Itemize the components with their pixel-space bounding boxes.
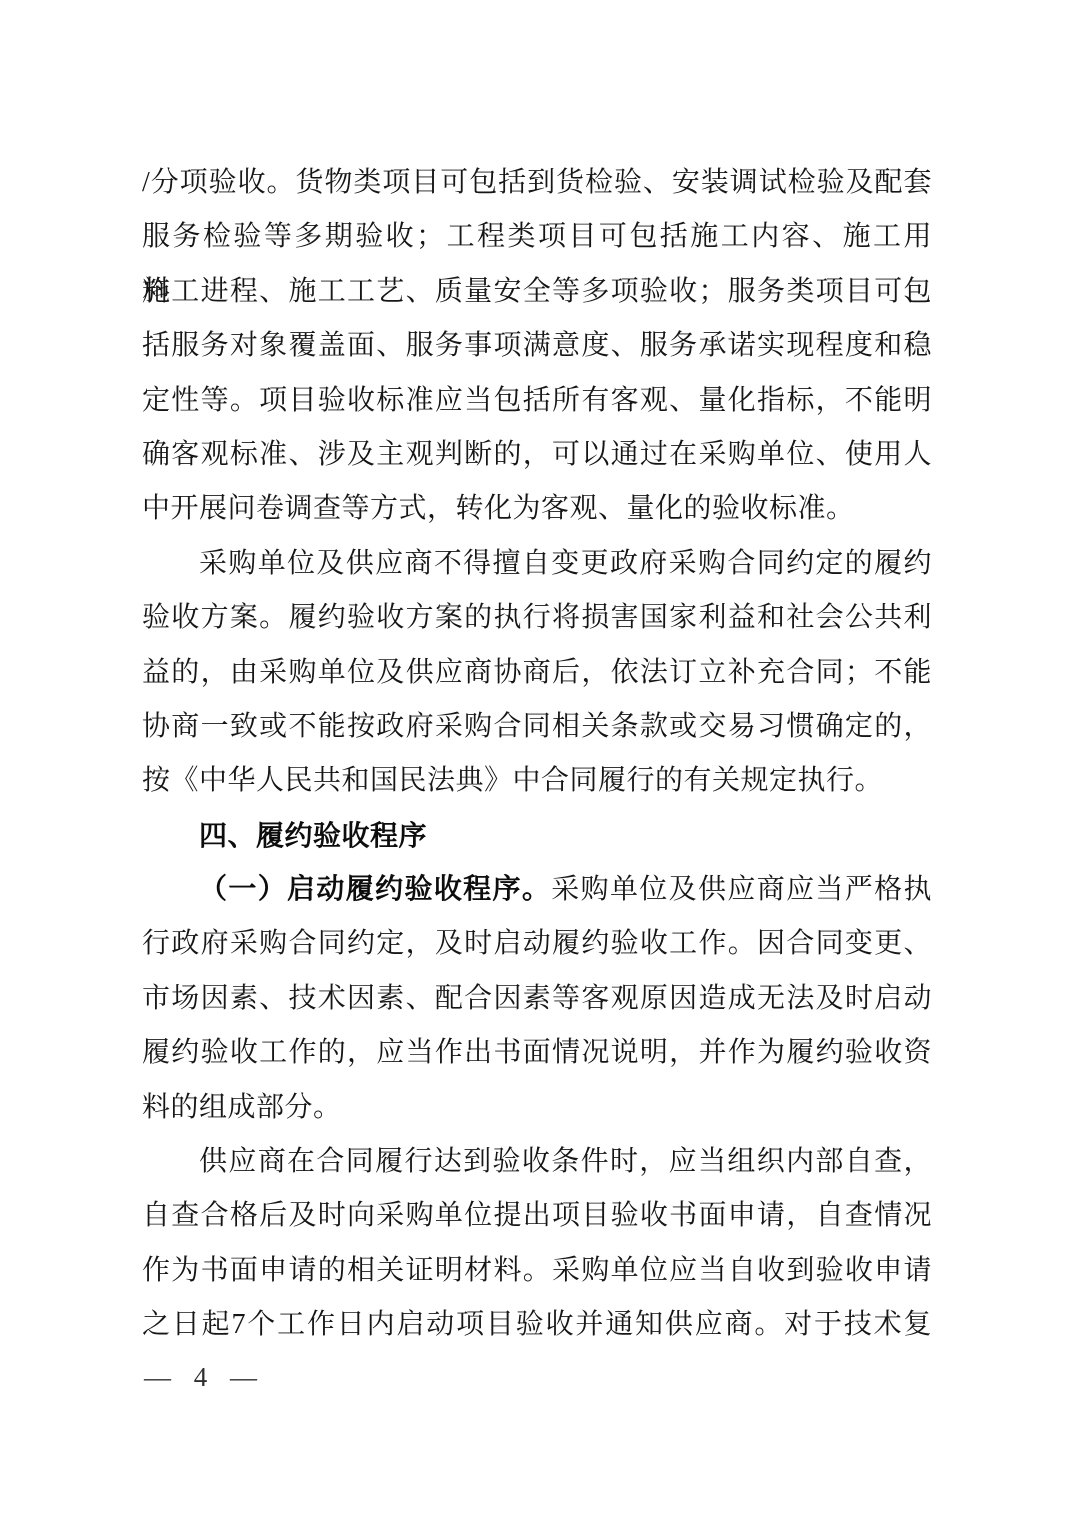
bold-text-run: （一）启动履约验收程序。	[199, 874, 551, 905]
text-line: 自查合格后及时向采购单位提出项目验收书面申请，自查情况	[142, 1189, 932, 1243]
document-page: /分项验收。货物类项目可包括到货检验、安装调试检验及配套服务检验等多期验收；工程…	[0, 0, 1074, 1520]
text-line: 确客观标准、涉及主观判断的，可以通过在采购单位、使用人	[142, 428, 932, 482]
text-run: 施工进程、施工工艺、质量安全等多项验收；服务类项目可包	[142, 276, 932, 307]
text-run: 验收方案。履约验收方案的执行将损害国家利益和社会公共利	[142, 602, 932, 633]
text-run: 行政府采购合同约定，及时启动履约验收工作。因合同变更、	[142, 928, 932, 959]
text-run: 中开展问卷调查等方式，转化为客观、量化的验收标准。	[142, 493, 855, 524]
text-line: 益的，由采购单位及供应商协商后，依法订立补充合同；不能	[142, 646, 932, 700]
text-line: 履约验收工作的，应当作出书面情况说明，并作为履约验收资	[142, 1026, 932, 1080]
text-line: 验收方案。履约验收方案的执行将损害国家利益和社会公共利	[142, 591, 932, 645]
text-run: 确客观标准、涉及主观判断的，可以通过在采购单位、使用人	[142, 439, 932, 470]
text-run: 自查合格后及时向采购单位提出项目验收书面申请，自查情况	[142, 1200, 932, 1231]
text-run: 定性等。项目验收标准应当包括所有客观、量化指标，不能明	[142, 385, 932, 416]
text-line: 供应商在合同履行达到验收条件时，应当组织内部自查，	[142, 1135, 932, 1189]
text-line: 括服务对象覆盖面、服务事项满意度、服务承诺实现程度和稳	[142, 319, 932, 373]
text-run: 作为书面申请的相关证明材料。采购单位应当自收到验收申请	[142, 1255, 932, 1286]
text-run: 按《中华人民共和国民法典》中合同履行的有关规定执行。	[142, 765, 883, 796]
text-line: （一）启动履约验收程序。采购单位及供应商应当严格执	[142, 863, 932, 917]
text-run: 履约验收工作的，应当作出书面情况说明，并作为履约验收资	[142, 1037, 932, 1068]
text-line: 施工进程、施工工艺、质量安全等多项验收；服务类项目可包	[142, 265, 932, 319]
section-heading-line: 四、履约验收程序	[142, 809, 932, 863]
text-line: 采购单位及供应商不得擅自变更政府采购合同约定的履约	[142, 537, 932, 591]
text-run: 市场因素、技术因素、配合因素等客观原因造成无法及时启动	[142, 983, 932, 1014]
text-line: 作为书面申请的相关证明材料。采购单位应当自收到验收申请	[142, 1244, 932, 1298]
text-line: 协商一致或不能按政府采购合同相关条款或交易习惯确定的，	[142, 700, 932, 754]
text-run: 之日起7个工作日内启动项目验收并通知供应商。对于技术复	[142, 1309, 932, 1340]
text-run: 料的组成部分。	[142, 1092, 342, 1123]
text-line: 定性等。项目验收标准应当包括所有客观、量化指标，不能明	[142, 374, 932, 428]
document-body: /分项验收。货物类项目可包括到货检验、安装调试检验及配套服务检验等多期验收；工程…	[142, 156, 932, 1353]
text-line: /分项验收。货物类项目可包括到货检验、安装调试检验及配套	[142, 156, 932, 210]
text-line: 料的组成部分。	[142, 1081, 932, 1135]
text-run: 协商一致或不能按政府采购合同相关条款或交易习惯确定的，	[142, 711, 932, 742]
text-line: 市场因素、技术因素、配合因素等客观原因造成无法及时启动	[142, 972, 932, 1026]
text-run: 供应商在合同履行达到验收条件时，应当组织内部自查，	[199, 1146, 932, 1177]
text-line: 按《中华人民共和国民法典》中合同履行的有关规定执行。	[142, 754, 932, 808]
text-run: 括服务对象覆盖面、服务事项满意度、服务承诺实现程度和稳	[142, 330, 932, 361]
text-line: 服务检验等多期验收；工程类项目可包括施工内容、施工用料、	[142, 210, 932, 264]
text-run: 采购单位及供应商应当严格执	[551, 874, 932, 905]
page-number-footer: — 4 —	[144, 1362, 265, 1393]
text-line: 之日起7个工作日内启动项目验收并通知供应商。对于技术复	[142, 1298, 932, 1352]
text-run: 采购单位及供应商不得擅自变更政府采购合同约定的履约	[199, 548, 932, 579]
text-run: 益的，由采购单位及供应商协商后，依法订立补充合同；不能	[142, 657, 932, 688]
text-run: /分项验收。货物类项目可包括到货检验、安装调试检验及配套	[142, 167, 932, 198]
text-line: 行政府采购合同约定，及时启动履约验收工作。因合同变更、	[142, 917, 932, 971]
bold-text-run: 四、履约验收程序	[199, 820, 427, 851]
text-line: 中开展问卷调查等方式，转化为客观、量化的验收标准。	[142, 482, 932, 536]
